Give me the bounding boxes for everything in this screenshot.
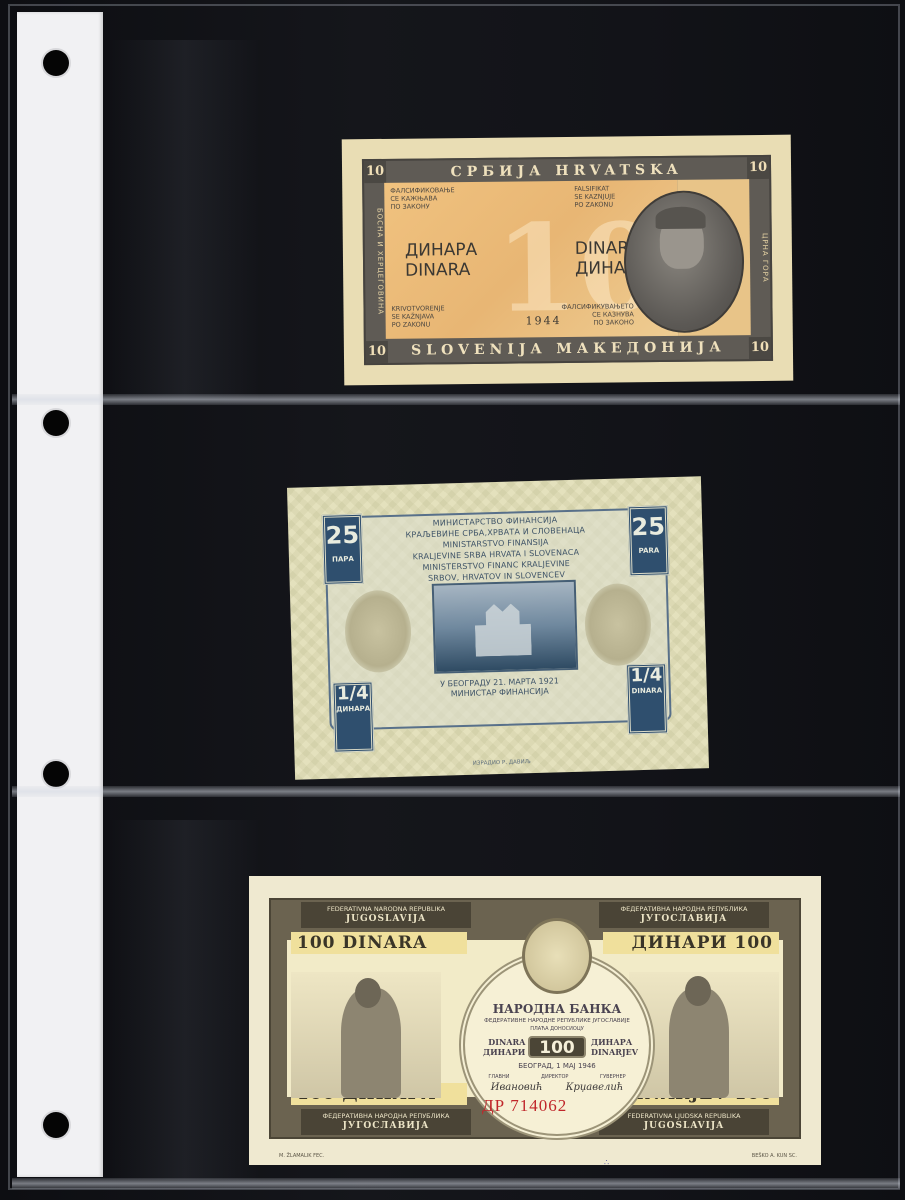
warning-line: KRIVOTVORENJE (391, 304, 444, 313)
banknote-100-dinara: FEDERATIVNA NARODNA REPUBLIKA JUGOSLAVIJ… (249, 876, 821, 1165)
ministry-text: МИНИСТАРСТВО ФИНАНСИЈА КРАЉЕВИНЕ СРБА,ХР… (398, 513, 594, 584)
right-side-text: ЦРНА ГОРА (750, 187, 769, 329)
denom-word: DINARJEV (591, 1047, 638, 1057)
band-line: FEDERATIVNA NARODNA REPUBLIKA (327, 905, 445, 913)
title-top-right: ДИНАРИ 100 (603, 932, 779, 954)
warning-line: ПО ЗАКОНО (562, 318, 634, 327)
punch-hole (43, 1112, 69, 1138)
bank-name: НАРОДНА БАНКА (459, 1002, 655, 1016)
band-country: ЈУГОСЛАВИЈА (599, 914, 769, 924)
corner-value: 10 (364, 161, 386, 183)
portrait-cap (655, 207, 705, 230)
punch-hole (43, 50, 69, 76)
band-line: FEDERATIVNA LJUDSKA REPUBLIKA (628, 1112, 741, 1120)
blacksmith-worker-icon (291, 972, 441, 1098)
farmer-head (685, 976, 711, 1006)
bottom-band-text: SLOVENIJA МАКЕДОНИЈА (392, 338, 745, 360)
denom-number: 1/4 (629, 666, 663, 685)
state-emblem-icon (522, 918, 592, 994)
warning-text: ФАЛСИФИКОВАЊЕ СЕ КАЖЊАВА ПО ЗАКОНУ (390, 186, 455, 211)
denomination-25: 25 ПАРА (322, 514, 364, 585)
republic-band: FEDERATIVNA NARODNA REPUBLIKA JUGOSLAVIJ… (301, 902, 471, 928)
banknote-10-dinara: СРБИЈА HRVATSKA SLOVENIJA МАКЕДОНИЈА БОС… (342, 135, 794, 386)
denom-unit: DINARA (630, 684, 664, 697)
warning-text: FALSIFIKAT SE KAZNJUJE PO ZAKONU (574, 184, 615, 208)
top-band-text: СРБИЈА HRVATSKA (390, 160, 743, 182)
republic-band: ФЕДЕРАТИВНА НАРОДНА РЕПУБЛИКА ЈУГОСЛАВИЈ… (599, 902, 769, 928)
band-country: ЈУГОСЛАВИЈА (301, 1121, 471, 1131)
bank-subtitle: ФЕДЕРАТИВНЕ НАРОДНЕ РЕПУБЛИКЕ ЈУГОСЛАВИЈ… (459, 1018, 655, 1024)
church-vignette-icon (432, 580, 578, 674)
album-page: СРБИЈА HRVATSKA SLOVENIJA МАКЕДОНИЈА БОС… (0, 0, 905, 1200)
value-word: ДИНАРА (405, 240, 478, 261)
denom-number: 25 (325, 517, 360, 554)
denomination-quarter: 1/4 DINARA (626, 663, 668, 734)
pay-bearer: ПЛАЋА ДОНОСИОЦУ (459, 1026, 655, 1032)
denom-unit: ДИНАРА (336, 703, 370, 716)
denom-words-left: DINARA ДИНАРИ (483, 1037, 525, 1057)
ornate-border: FEDERATIVNA NARODNA REPUBLIKA JUGOSLAVIJ… (269, 898, 801, 1139)
band-country: JUGOSLAVIJA (599, 1121, 769, 1131)
warning-line: PO ZAKONU (574, 200, 615, 208)
issue-date: БЕОГРАД, 1 МАЈ 1946 (459, 1062, 655, 1070)
band-country: JUGOSLAVIJA (301, 914, 471, 924)
denom-number: 25 (631, 508, 666, 545)
ink-mark-icon: ∴ (604, 1158, 609, 1167)
engraver-imprint: BEŠKO A. KUN SC. (752, 1153, 797, 1159)
republic-band: ФЕДЕРАТИВНА НАРОДНА РЕПУБЛИКА ЈУГОСЛАВИЈ… (301, 1109, 471, 1135)
punch-hole (43, 410, 69, 436)
pocket-seam (12, 786, 900, 797)
pocket-seam (12, 1178, 900, 1189)
warning-line: ПО ЗАКОНУ (390, 202, 454, 211)
corner-value: 10 (747, 157, 769, 179)
denom-word: ДИНАРИ (483, 1047, 525, 1057)
band-line: ФЕДЕРАТИВНА НАРОДНА РЕПУБЛИКА (323, 1112, 450, 1120)
denomination-25: 25 PARA (628, 505, 670, 576)
banknote-25-para: 25 ПАРА 25 PARA 1/4 ДИНАРА 1/4 DINARA МИ… (287, 476, 709, 779)
left-side-text: БОСНА И ХЕРЦЕГОВИНА (365, 191, 384, 333)
binder-strip (17, 12, 103, 1177)
denom-unit: ПАРА (326, 553, 360, 566)
denomination-quarter: 1/4 ДИНАРА (332, 682, 374, 753)
title-top-left: 100 DINARA (291, 932, 467, 954)
corner-value: 10 (366, 341, 388, 363)
signatures: Ивановић Крџавелић (459, 1082, 655, 1093)
signature-labels: ГЛАВНИ ДИРЕКТОР ГУВЕРНЕР (459, 1074, 655, 1080)
denom-word: DINARA (483, 1037, 525, 1047)
punch-hole (43, 761, 69, 787)
issue-year: 1944 (526, 314, 562, 327)
denom-number: 1/4 (336, 685, 370, 704)
note-frame: СРБИЈА HRVATSKA SLOVENIJA МАКЕДОНИЈА БОС… (362, 155, 773, 365)
partisan-portrait-icon (623, 190, 744, 333)
warning-text: ФАЛСИФИКУВАЊЕТО СЕ КАЗНУВА ПО ЗАКОНО (561, 302, 634, 327)
denomination-box: 100 (528, 1036, 586, 1058)
pocket-seam (12, 394, 900, 405)
church-icon (474, 603, 531, 657)
warning-line: PO ZAKONU (392, 320, 445, 329)
band-line: ФЕДЕРАТИВНА НАРОДНА РЕПУБЛИКА (621, 905, 748, 913)
denom-word: ДИНАРА (591, 1037, 638, 1047)
serial-number: ДР 714062 (482, 1096, 567, 1116)
denom-words-right: ДИНАРА DINARJEV (591, 1037, 638, 1057)
denom-unit: PARA (632, 544, 666, 557)
worker-head (355, 978, 381, 1008)
value-word: DINARA (405, 260, 478, 281)
engraver-imprint: M. ŽLAMALIK FEC. (279, 1153, 324, 1159)
corner-value: 10 (749, 337, 771, 359)
warning-text: KRIVOTVORENJE SE KAŽNJAVA PO ZAKONU (391, 304, 444, 329)
value-words-left: ДИНАРА DINARA (405, 240, 478, 281)
